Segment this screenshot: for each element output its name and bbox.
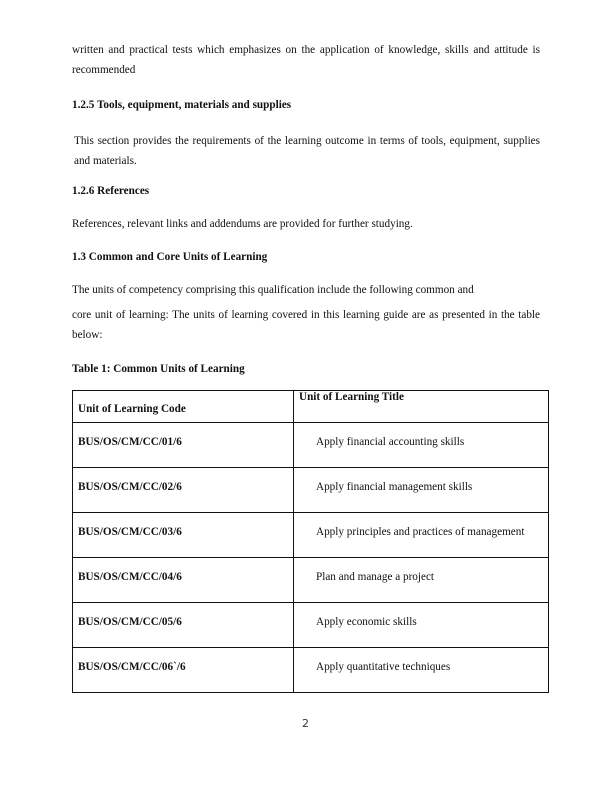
unit-code: BUS/OS/CM/CC/05/6 [73, 603, 293, 628]
cell-code: BUS/OS/CM/CC/02/6 [73, 468, 294, 513]
unit-code: BUS/OS/CM/CC/06`/6 [73, 648, 293, 673]
unit-title: Apply financial management skills [294, 468, 548, 493]
unit-code: BUS/OS/CM/CC/01/6 [73, 423, 293, 448]
cell-title: Apply quantitative techniques [294, 648, 549, 693]
cell-code: BUS/OS/CM/CC/01/6 [73, 423, 294, 468]
unit-code: BUS/OS/CM/CC/04/6 [73, 558, 293, 583]
heading-references: 1.2.6 References [72, 185, 149, 197]
cell-title: Apply principles and practices of manage… [294, 513, 549, 558]
common-core-paragraph-line2: core unit of learning: The units of lear… [72, 305, 540, 345]
heading-tools-equipment: 1.2.5 Tools, equipment, materials and su… [72, 99, 291, 111]
header-code: Unit of Learning Code [73, 391, 294, 423]
header-title-label: Unit of Learning Title [294, 391, 548, 403]
header-code-label: Unit of Learning Code [73, 391, 293, 415]
cell-code: BUS/OS/CM/CC/06`/6 [73, 648, 294, 693]
cell-title: Apply economic skills [294, 603, 549, 648]
header-title: Unit of Learning Title [294, 391, 549, 423]
table-row: BUS/OS/CM/CC/05/6Apply economic skills [73, 603, 549, 648]
unit-title: Apply quantitative techniques [294, 648, 548, 673]
heading-common-core-units: 1.3 Common and Core Units of Learning [72, 251, 267, 263]
table-row: BUS/OS/CM/CC/02/6Apply financial managem… [73, 468, 549, 513]
table-row: BUS/OS/CM/CC/01/6Apply financial account… [73, 423, 549, 468]
table-header-row: Unit of Learning Code Unit of Learning T… [73, 391, 549, 423]
cell-code: BUS/OS/CM/CC/03/6 [73, 513, 294, 558]
unit-title: Apply principles and practices of manage… [294, 513, 548, 538]
table-row: BUS/OS/CM/CC/03/6Apply principles and pr… [73, 513, 549, 558]
cell-title: Apply financial management skills [294, 468, 549, 513]
table-row: BUS/OS/CM/CC/06`/6Apply quantitative tec… [73, 648, 549, 693]
tools-paragraph: This section provides the requirements o… [74, 131, 540, 171]
references-paragraph: References, relevant links and addendums… [72, 214, 540, 234]
unit-title: Apply financial accounting skills [294, 423, 548, 448]
table-row: BUS/OS/CM/CC/04/6Plan and manage a proje… [73, 558, 549, 603]
cell-title: Plan and manage a project [294, 558, 549, 603]
unit-code: BUS/OS/CM/CC/02/6 [73, 468, 293, 493]
unit-code: BUS/OS/CM/CC/03/6 [73, 513, 293, 538]
cell-code: BUS/OS/CM/CC/05/6 [73, 603, 294, 648]
page-number: 2 [302, 717, 309, 730]
cell-title: Apply financial accounting skills [294, 423, 549, 468]
intro-paragraph: written and practical tests which emphas… [72, 40, 540, 80]
unit-title: Plan and manage a project [294, 558, 548, 583]
common-core-paragraph-line1: The units of competency comprising this … [72, 280, 540, 300]
table-caption: Table 1: Common Units of Learning [72, 363, 245, 375]
common-units-table: Unit of Learning Code Unit of Learning T… [72, 390, 549, 693]
cell-code: BUS/OS/CM/CC/04/6 [73, 558, 294, 603]
unit-title: Apply economic skills [294, 603, 548, 628]
